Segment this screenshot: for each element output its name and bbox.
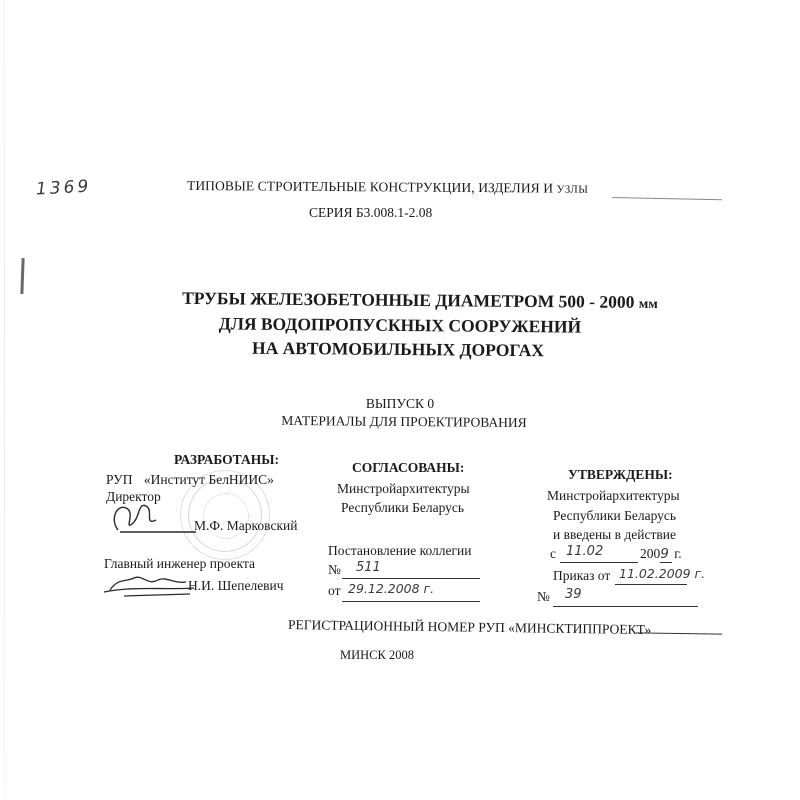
- approved-year: 2009г.: [640, 546, 682, 563]
- registration-label: РЕГИСТРАЦИОННЫЙ НОМЕР РУП «МИНСКТИППРОЕК…: [288, 617, 651, 638]
- title-line-1-main: ТРУБЫ ЖЕЛЕЗОБЕТОННЫЕ ДИАМЕТРОМ 500 - 200…: [182, 288, 634, 312]
- decree-number-value: 511: [356, 560, 381, 575]
- issue-subtitle: МАТЕРИАЛЫ ДЛЯ ПРОЕКТИРОВАНИЯ: [4, 411, 800, 434]
- chief-engineer-label: Главный инженер проекта: [104, 556, 255, 572]
- decree-date-underline: [342, 601, 480, 602]
- decree-date-value: 29.12.2008 г.: [348, 581, 434, 596]
- chief-engineer-name: Н.И. Шепелевич: [188, 578, 284, 594]
- agreed-org-line-1: Минстройархитектуры: [337, 481, 470, 497]
- order-number-value: 39: [565, 587, 582, 602]
- title-line-3: НА АВТОМОБИЛЬНЫХ ДОРОГАХ: [0, 336, 798, 363]
- agreed-org-line-2: Республики Беларусь: [341, 500, 464, 516]
- approved-from-label: с: [550, 546, 556, 562]
- series-category: ТИПОВЫЕ СТРОИТЕЛЬНЫЕ КОНСТРУКЦИИ, ИЗДЕЛИ…: [187, 178, 588, 197]
- decree-label: Постановление коллегии: [328, 543, 472, 559]
- approved-heading: УТВЕРЖДЕНЫ:: [568, 467, 673, 483]
- approved-effective-label: и введены в действие: [553, 527, 676, 543]
- developed-org: РУП «Институт БелНИИС»: [106, 472, 274, 488]
- series-code: СЕРИЯ Б3.008.1-2.08: [309, 205, 432, 221]
- document-page: 1369 ТИПОВЫЕ СТРОИТЕЛЬНЫЕ КОНСТРУКЦИИ, И…: [0, 0, 800, 800]
- approved-year-digit: 9: [660, 546, 672, 563]
- director-label: Директор: [106, 489, 161, 505]
- series-category-tail: УЗЛЫ: [557, 184, 589, 196]
- order-number-underline: [553, 606, 698, 607]
- issue-number: ВЫПУСК 0: [0, 396, 800, 412]
- title-line-2: ДЛЯ ВОДОПРОПУСКНЫХ СООРУЖЕНИЙ: [0, 312, 800, 339]
- approved-year-suffix: г.: [674, 546, 681, 561]
- order-date-underline: [615, 584, 687, 585]
- approved-from-date: 11.02: [566, 544, 603, 559]
- order-number-label: №: [537, 589, 550, 605]
- series-category-main: ТИПОВЫЕ СТРОИТЕЛЬНЫЕ КОНСТРУКЦИИ, ИЗДЕЛИ…: [187, 178, 553, 196]
- approved-year-prefix: 200: [640, 546, 660, 561]
- decree-date-label: от: [328, 583, 340, 599]
- agreed-heading: СОГЛАСОВАНЫ:: [352, 460, 464, 476]
- decree-number-label: №: [328, 562, 341, 578]
- header-strike-line: [612, 197, 722, 200]
- order-label: Приказ от: [553, 568, 610, 584]
- developed-heading: РАЗРАБОТАНЫ:: [174, 452, 279, 468]
- approved-from-underline: [560, 562, 638, 563]
- city-year: МИНСК 2008: [340, 648, 414, 663]
- developed-org-name: «Институт БелНИИС»: [144, 472, 274, 487]
- approved-org-line-2: Республики Беларусь: [553, 508, 676, 524]
- accession-number: 1369: [36, 177, 92, 200]
- decree-number-underline: [342, 578, 480, 579]
- approved-org-line-1: Минстройархитектуры: [547, 488, 680, 504]
- director-name: М.Ф. Марковский: [194, 518, 297, 534]
- title-line-1-unit: мм: [639, 297, 658, 312]
- developed-org-prefix: РУП: [106, 472, 132, 487]
- order-date-value: 11.02.2009 г.: [619, 566, 705, 581]
